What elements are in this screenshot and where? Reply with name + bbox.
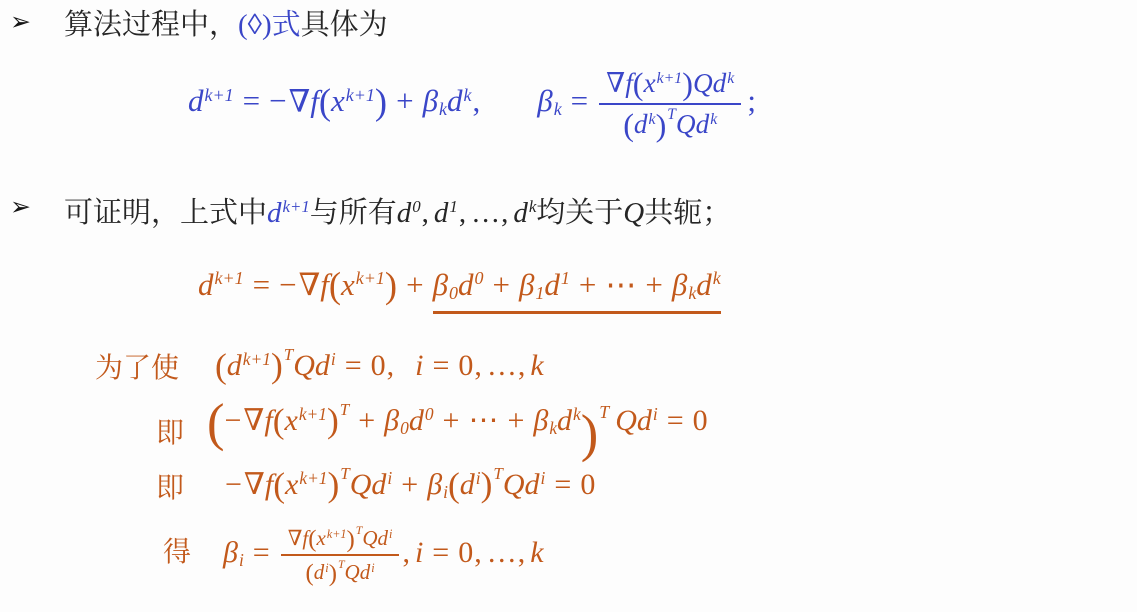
math-token: )T [481, 464, 503, 504]
math-token: ∇ [288, 526, 303, 550]
math-token: ( [273, 464, 285, 504]
formula-expansion: dk+1=−∇f(xk+1)+β0d0+β1d1+⋯+βkdk [198, 266, 721, 303]
math-token: )T [347, 526, 363, 553]
superscript: k [713, 268, 721, 288]
math-token: )T [328, 464, 350, 504]
math-token: dk [557, 404, 581, 437]
superscript: k+1 [243, 349, 271, 369]
math-token: βk [533, 404, 557, 437]
math-token: ( [319, 81, 331, 122]
math-token: )T [329, 560, 345, 587]
superscript: i [371, 561, 374, 575]
superscript: i [387, 468, 392, 488]
math-token: + [358, 404, 375, 437]
math-token: = [667, 404, 684, 437]
math-token: Q [293, 349, 315, 382]
math-token: Q [503, 468, 525, 501]
superscript: i [331, 349, 336, 369]
subscript: 0 [449, 283, 458, 303]
math-token: (◊)式 [238, 9, 301, 41]
math-token: , [518, 349, 526, 382]
superscript: k [727, 70, 734, 87]
math-token: , [474, 536, 482, 569]
math-token: )T [271, 345, 293, 385]
subscript: k [554, 99, 562, 119]
superscript: k+1 [205, 85, 234, 105]
math-token: = [253, 267, 270, 302]
math-token: , [472, 83, 480, 118]
math-token: βk [537, 83, 561, 118]
math-token: xk+1 [644, 68, 683, 98]
math-token: ( [273, 400, 285, 440]
math-token: + [401, 468, 418, 501]
derivation-label-4: 得 [163, 536, 191, 570]
math-token: βk [423, 83, 447, 118]
math-token: 共轭； [644, 197, 731, 229]
derivation-label-1: 为了使 [95, 352, 179, 386]
math-token: d1 [434, 197, 458, 229]
superscript: 1 [561, 268, 570, 288]
math-token: i [415, 536, 423, 569]
superscript: T [284, 345, 293, 364]
math-token: Q [345, 560, 360, 584]
math-token: k [530, 349, 543, 382]
math-token: βk [672, 267, 696, 302]
superscript: i [476, 468, 481, 488]
numerator: ∇f(xk+1)TQdi [281, 524, 400, 554]
math-token: βi [427, 468, 448, 501]
bullet-arrow-icon: ➢ [10, 8, 31, 36]
math-token: 0 [458, 349, 473, 382]
math-token: ⋯ [468, 404, 498, 437]
formula-direction-update: dk+1=−∇f(xk+1)+βkdk,βk=∇f(xk+1)Qdk(dk)TQ… [188, 66, 761, 143]
fraction: ∇f(xk+1)Qdk(dk)TQdk [599, 66, 741, 143]
math-token: ( [329, 265, 341, 306]
math-token: + [645, 267, 662, 302]
superscript: k+1 [346, 85, 375, 105]
math-token: ; [747, 83, 756, 118]
superscript: T [340, 464, 349, 483]
derivation-label-2: 即 [156, 417, 184, 451]
math-token: 可证明，上式中 [64, 197, 267, 229]
math-token: di [314, 560, 329, 584]
slide: ➢ 算法过程中，(◊)式具体为 dk+1=−∇f(xk+1)+βkdk,βk=∇… [0, 0, 1137, 612]
superscript: 0 [425, 404, 434, 424]
math-token: Q [615, 404, 637, 437]
superscript: k+1 [356, 268, 385, 288]
math-token: = [432, 349, 449, 382]
math-token: di [378, 526, 393, 550]
math-token: dk [634, 109, 656, 139]
math-token: , [402, 536, 410, 569]
math-token: = [243, 83, 260, 118]
math-token: i [415, 349, 423, 382]
math-token: xk+1 [331, 83, 375, 118]
math-token: = [554, 468, 571, 501]
math-token: , [387, 349, 395, 382]
math-token: 算法过程中， [64, 9, 238, 41]
subscript: k [549, 418, 557, 438]
bullet2-text: 可证明，上式中dk+1与所有d0,d1,…,dk均关于Q共轭； [64, 196, 731, 231]
superscript: k+1 [215, 268, 244, 288]
math-token: d0 [397, 197, 421, 229]
math-token: f [265, 468, 273, 501]
math-token: − [269, 83, 286, 118]
derivation-formula-4: βi=∇f(xk+1)TQdi(di)TQdi,i=0,…,k [223, 524, 544, 586]
math-token: , [422, 197, 429, 229]
math-token: d1 [544, 267, 569, 302]
math-token: dk+1 [198, 267, 244, 302]
math-token: di [637, 404, 658, 437]
math-token: ( [306, 560, 314, 587]
math-token: xk+1 [285, 468, 327, 501]
denominator: (dk)TQdk [599, 103, 741, 142]
math-token: dk+1 [188, 83, 234, 118]
denominator: (di)TQdi [281, 554, 400, 586]
math-token: , [518, 536, 526, 569]
superscript: T [340, 400, 349, 419]
math-token: d0 [458, 267, 483, 302]
math-token: f [320, 267, 329, 302]
math-token: = [432, 536, 449, 569]
math-token: ( [623, 107, 634, 143]
superscript: T [599, 402, 609, 422]
math-token: di [315, 349, 336, 382]
superscript: T [493, 464, 502, 483]
superscript: T [667, 106, 676, 123]
math-token: f [310, 83, 319, 118]
superscript: k+1 [327, 527, 347, 541]
math-token: dk [513, 197, 536, 229]
math-token: 具体为 [301, 9, 388, 41]
superscript: i [541, 468, 546, 488]
math-token: + [492, 267, 509, 302]
math-token: + [507, 404, 524, 437]
math-token: d0 [409, 404, 434, 437]
superscript: k+1 [299, 404, 327, 424]
underline-group: β0d0+β1d1+⋯+βkdk [433, 267, 721, 314]
math-token: + [396, 83, 413, 118]
math-token: dk [447, 83, 471, 118]
math-token: = [253, 536, 270, 569]
math-token: 0 [580, 468, 595, 501]
math-token: + [443, 404, 460, 437]
math-token: ( [633, 65, 644, 101]
numerator: ∇f(xk+1)Qdk [599, 66, 741, 103]
derivation-formula-2: (−∇f(xk+1)T+β0d0+⋯+βkdk)TQdi=0 [207, 403, 708, 439]
math-token: ) [682, 65, 693, 101]
math-token: β0 [433, 267, 458, 302]
math-token: β0 [384, 404, 409, 437]
math-token: ∇ [244, 468, 265, 501]
superscript: k+1 [299, 468, 327, 488]
superscript: k [464, 85, 472, 105]
math-token: ∇ [289, 83, 311, 118]
math-token: di [360, 560, 375, 584]
math-token: ⋯ [605, 267, 636, 302]
math-token: … [471, 197, 500, 229]
math-token: di [460, 468, 481, 501]
math-token: ) [375, 81, 387, 122]
math-token: 0 [458, 536, 473, 569]
math-token: + [406, 267, 423, 302]
math-token: Q [676, 109, 696, 139]
math-token: − [225, 468, 242, 501]
math-token: xk+1 [316, 526, 346, 550]
bullet1-text: 算法过程中，(◊)式具体为 [64, 8, 388, 43]
math-token: , [474, 349, 482, 382]
math-token: xk+1 [341, 267, 385, 302]
derivation-label-3: 即 [156, 472, 184, 506]
math-token: xk+1 [285, 404, 327, 437]
subscript: 0 [400, 418, 409, 438]
superscript: k+1 [283, 197, 310, 216]
math-token: )T [327, 400, 349, 440]
superscript: k [710, 111, 717, 128]
math-token: , [459, 197, 466, 229]
math-token: , [501, 197, 508, 229]
math-token: βi [223, 536, 244, 569]
superscript: 0 [412, 197, 420, 216]
superscript: k+1 [657, 70, 683, 87]
superscript: k [573, 404, 581, 424]
derivation-formula-1: (dk+1)TQdi=0,i=0,…,k [215, 348, 544, 384]
math-token: dk+1 [267, 197, 310, 229]
math-token: )T [656, 107, 676, 143]
math-token: Q [350, 468, 372, 501]
superscript: 0 [475, 268, 484, 288]
math-token: = [571, 83, 588, 118]
math-token: )T [581, 405, 609, 463]
math-token: ∇ [606, 68, 625, 98]
math-token: dk [696, 109, 718, 139]
math-token: dk [713, 68, 735, 98]
bullet-arrow-icon: ➢ [10, 193, 31, 221]
math-token: dk [696, 267, 720, 302]
math-token: ∇ [299, 267, 321, 302]
subscript: i [239, 550, 244, 570]
math-token: dk+1 [227, 349, 271, 382]
superscript: T [338, 557, 345, 571]
math-token: f [264, 404, 272, 437]
math-token: 与所有 [310, 197, 397, 229]
math-token: = [345, 349, 362, 382]
superscript: k [649, 111, 656, 128]
derivation-formula-3: −∇f(xk+1)TQdi+βi(di)TQdi=0 [225, 467, 595, 503]
math-token: − [279, 267, 296, 302]
superscript: 1 [449, 197, 457, 216]
math-token: … [487, 536, 517, 569]
math-token: β1 [519, 267, 544, 302]
math-token: 0 [693, 404, 708, 437]
math-token: ∇ [243, 404, 264, 437]
math-token: di [525, 468, 546, 501]
math-token: − [224, 404, 241, 437]
math-token: ( [207, 394, 224, 452]
math-token: f [625, 68, 633, 98]
math-token: + [579, 267, 596, 302]
math-token: Q [623, 197, 644, 229]
math-token: Q [362, 526, 377, 550]
superscript: i [653, 404, 658, 424]
subscript: k [439, 99, 447, 119]
math-token: … [487, 349, 517, 382]
superscript: i [389, 527, 392, 541]
math-token: k [530, 536, 543, 569]
math-token: ) [385, 265, 397, 306]
math-token: 0 [371, 349, 386, 382]
math-token: 均关于 [536, 197, 623, 229]
math-token: Q [693, 68, 713, 98]
math-token: ( [448, 464, 460, 504]
math-token: di [371, 468, 392, 501]
math-token: ( [215, 345, 227, 385]
fraction: ∇f(xk+1)TQdi(di)TQdi [281, 524, 400, 586]
